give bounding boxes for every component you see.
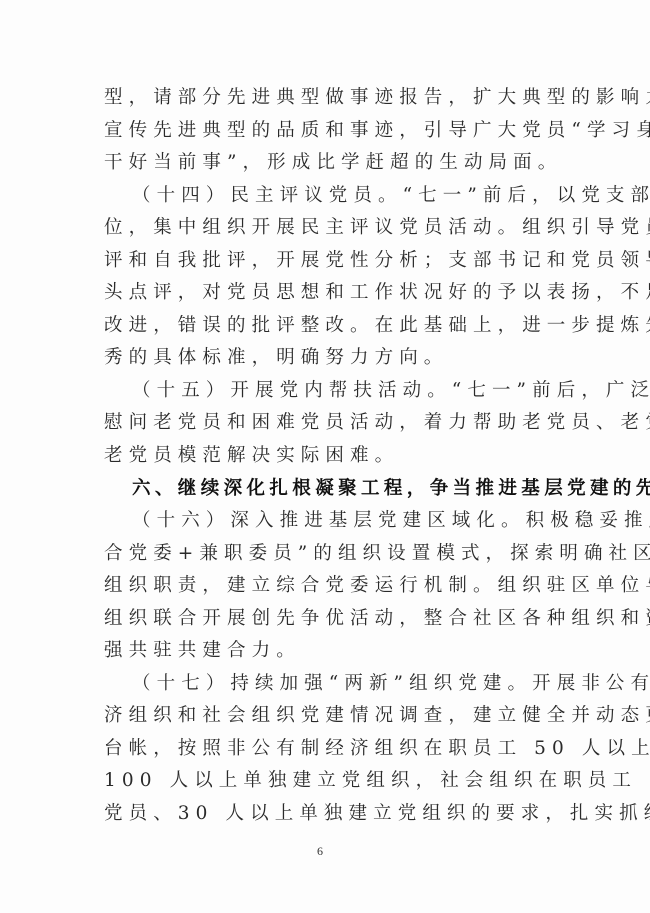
page-number: 6 xyxy=(317,844,323,859)
item-title-line: （十六）深入推进基层党建区域化。积极稳妥推广“综 xyxy=(104,505,554,538)
document-page: 型，请部分先进典型做事迹报告，扩大典型的影响力。积极 宣传先进典型的品质和事迹，… xyxy=(0,0,650,913)
item-title-line: （十七）持续加强“两新”组织党建。开展非公有制经 xyxy=(104,668,554,701)
item-title-line: （十四）民主评议党员。“七一”前后，以党支部为单 xyxy=(104,180,554,213)
section-heading: 六、继续深化扎根凝聚工程，争当推进基层党建的先锋 xyxy=(104,473,554,506)
text-line: 干好当前事”，形成比学赶超的生动局面。 xyxy=(104,147,554,180)
document-body: 型，请部分先进典型做事迹报告，扩大典型的影响力。积极 宣传先进典型的品质和事迹，… xyxy=(104,82,554,831)
text-line: 改进，错误的批评整改。在此基础上，进一步提炼先进和优 xyxy=(104,310,554,343)
text-line: 强共驻共建合力。 xyxy=(104,635,554,668)
text-line: 型，请部分先进典型做事迹报告，扩大典型的影响力。积极 xyxy=(104,82,554,115)
text-line: 慰问老党员和困难党员活动，着力帮助老党员、老党员干部、 xyxy=(104,407,554,440)
text-line: 组织联合开展创先争优活动，整合社区各种组织和资源，增 xyxy=(104,603,554,636)
text-line: 济组织和社会组织党建情况调查，建立健全并动态更新基础 xyxy=(104,700,554,733)
text-line: 100 人以上单独建立党组织，社会组织在职员工 15 人以上有 xyxy=(104,765,554,798)
text-line: 头点评，对党员思想和工作状况好的予以表扬，不足的提出 xyxy=(104,277,554,310)
text-line: 党员、30 人以上单独建立党组织的要求，扎实抓组建，努力 xyxy=(104,798,554,831)
text-line: 老党员模范解决实际困难。 xyxy=(104,440,554,473)
text-line: 宣传先进典型的品质和事迹，引导广大党员“学习身边人、 xyxy=(104,115,554,148)
text-line: 合党委+兼职委员”的组织设置模式，探索明确社区内各类 xyxy=(104,538,554,571)
text-line: 组织职责，建立综合党委运行机制。组织驻区单位与社区党 xyxy=(104,570,554,603)
text-line: 台帐，按照非公有制经济组织在职员工 50 人以上有党员、 xyxy=(104,733,554,766)
text-line: 评和自我批评，开展党性分析；支部书记和党员领导干部带 xyxy=(104,245,554,278)
text-line: 秀的具体标准，明确努力方向。 xyxy=(104,342,554,375)
item-title-line: （十五）开展党内帮扶活动。“七一”前后，广泛开展 xyxy=(104,375,554,408)
text-line: 位，集中组织开展民主评议党员活动。组织引导党员进行批 xyxy=(104,212,554,245)
